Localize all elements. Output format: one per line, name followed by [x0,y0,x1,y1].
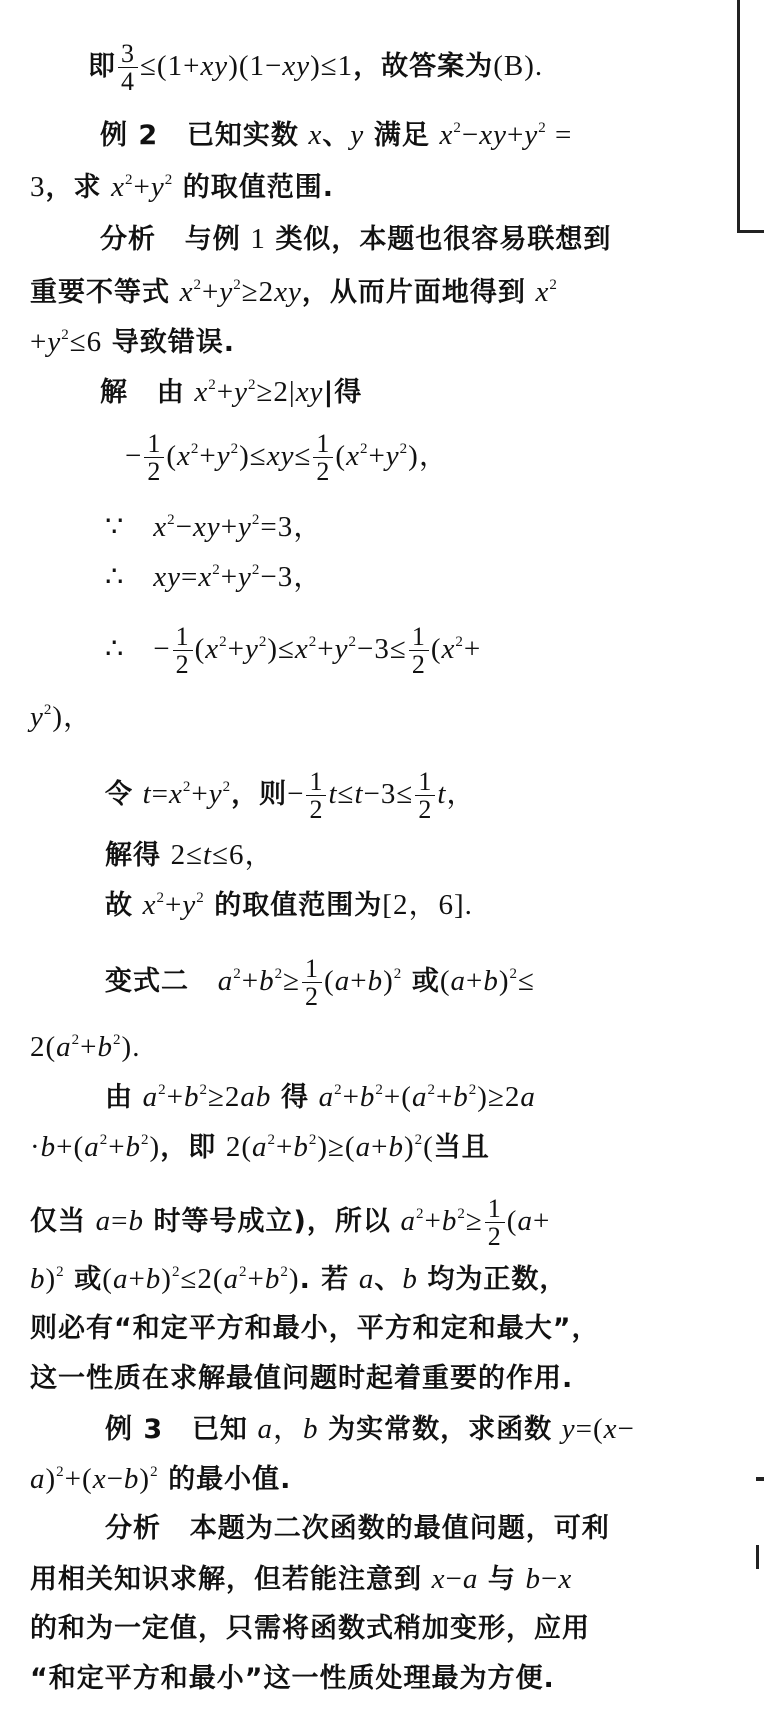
math-line-14: 解得 2≤t≤6， [105,838,275,873]
because-symbol: ∵ [105,511,124,543]
text: 本题为二次函数的最值问题，可利 [190,1513,610,1544]
text: 或 [74,1264,102,1295]
math-line-12: y2)， [30,700,93,735]
variant-2-heading: 变式二 a2+b2≥12(a+b)2 或(a+b)2≤ [105,955,535,1010]
text: 为实常数，求函数 [328,1414,552,1445]
numerator: 1 [306,768,326,796]
numerator: 1 [313,430,333,458]
math: xy=x2+y2−3， [153,561,323,593]
math: = [547,119,573,151]
margin-mark [756,1545,759,1569]
fraction-half: 12 [415,768,435,823]
math: x [309,119,323,151]
math-line-13: 令 t=x2+y2，则−12t≤t−3≤12t， [105,768,476,823]
analysis-label: 分析 [100,224,156,255]
math: x2+y2 [194,376,256,408]
math: a2+b2≥ [400,1205,482,1237]
math: b)2 [30,1263,65,1295]
denominator: 4 [121,68,135,95]
conclusion-line: 故 x2+y2 的取值范围为[2，6]. [105,888,473,923]
example-2-heading: 例 2 已知实数 x、y 满足 x2−xy+y2 = [100,118,572,153]
math: x2+y2 [111,171,173,203]
denominator: 2 [176,651,190,678]
math: )≤1 [310,50,353,82]
math: (a+b)2≤2(a2+b2) [102,1263,299,1295]
math-line-8: −12(x2+y2)≤xy≤12(x2+y2)， [125,430,449,485]
text-line-25: a)2+(x−b)2 的最小值. [30,1462,291,1497]
math: (a+b)2 [324,965,402,997]
math: b [303,1413,319,1445]
math: )(1− [228,50,282,82]
math: x2−xy+y2 [439,119,546,151]
text: 解得 [105,840,161,871]
math: x2−xy+y2=3， [153,511,323,543]
text: 导致错误. [112,327,235,358]
text: 、 [374,1264,402,1295]
text: 时等号成立)，所以 [154,1206,391,1237]
frame-horizontal-border [737,230,764,233]
math: t=x2+y2 [143,778,232,810]
frame-vertical-border [737,0,740,232]
text: ，故答案为 [353,51,493,82]
math: t≤t−3≤ [328,778,413,810]
math: xy [274,276,302,308]
text-line-22: 则必有“和定平方和最小，平方和定和最大”， [30,1312,600,1346]
text: 重要不等式 [30,277,170,308]
text: 已知实数 [187,120,299,151]
math: a [258,1413,274,1445]
math: a2+b2+(a2+b2)≥2a [319,1081,536,1113]
text: 用相关知识求解，但若能注意到 [30,1564,422,1595]
math: b [402,1263,418,1295]
margin-mark [756,1477,764,1481]
math: (a+b)2≤ [440,965,535,997]
text: 仅当 [30,1206,86,1237]
math: (a+ [507,1205,551,1237]
math: ·b+(a2+b2) [30,1131,160,1163]
math: − [153,633,170,665]
text-line-23: 这一性质在求解最值问题时起着重要的作用. [30,1362,573,1396]
math: 2(a2+b2). [30,1031,140,1063]
math: a)2+(x−b)2 [30,1463,159,1495]
text-line-19: ·b+(a2+b2)，即 2(a2+b2)≥(a+b)2(当且 [30,1130,490,1165]
math: +y2 [30,326,70,358]
text: 已知 [192,1414,248,1445]
text-line-28: 的和为一定值，只需将函数式稍加变形，应用 [30,1612,590,1646]
denominator: 2 [305,983,319,1010]
example-3-heading: 例 3 已知 a，b 为实常数，求函数 y=(x− [105,1412,635,1447]
denominator: 2 [316,458,330,485]
fraction-half: 12 [173,623,193,678]
math: b−x [526,1563,573,1595]
denominator: 2 [309,796,323,823]
text: . 若 [300,1264,350,1295]
text: 类似，本题也很容易联想到 [275,224,611,255]
text: 由 [157,377,185,408]
numerator: 1 [302,955,322,983]
text-line-21: b)2 或(a+b)2≤2(a2+b2). 若 a、b 均为正数， [30,1262,567,1297]
denominator: 2 [147,458,161,485]
math: 3 [30,171,46,203]
math: − [287,778,304,810]
therefore-symbol: ∴ [105,633,124,665]
math: 2≤t≤6， [171,839,275,871]
text: 故 [105,890,133,921]
math: x2 [535,276,557,308]
solution-label: 解 [100,377,128,408]
text: |得 [323,377,362,408]
analysis-label: 分析 [105,1513,161,1544]
math: a [359,1263,375,1295]
text: 得 [281,1082,309,1113]
text: ，从而片面地得到 [302,277,526,308]
fraction-half: 12 [313,430,333,485]
text-line-18: 由 a2+b2≥2ab 得 a2+b2+(a2+b2)≥2a [105,1080,536,1115]
text: 的最小值. [168,1464,291,1495]
fraction-half: 12 [144,430,164,485]
text: 由 [105,1082,133,1113]
math: (x2+y2)≤x2+y2−3≤ [195,633,407,665]
math-line-9: ∵ x2−xy+y2=3， [105,510,323,545]
numerator: 1 [409,623,429,651]
math: = [111,1205,128,1237]
math: xy [282,50,310,82]
math: b [128,1205,144,1237]
text-line-20: 仅当 a=b 时等号成立)，所以 a2+b2≥12(a+ [30,1195,550,1250]
math: ≥2 [242,276,274,308]
variant-label: 变式二 [105,966,189,997]
text: 、 [322,120,350,151]
solution-heading: 解 由 x2+y2≥2|xy|得 [100,375,362,410]
text: 或 [412,966,440,997]
numerator: 3 [118,40,138,68]
math: [2，6]. [382,889,473,921]
math: xy [200,50,228,82]
text-line-5: 重要不等式 x2+y2≥2xy，从而片面地得到 x2 [30,275,558,310]
example-label: 例 3 [105,1414,163,1445]
text: ，则 [231,779,287,810]
math: t， [437,778,476,810]
fraction-half: 12 [306,768,326,823]
math: − [125,440,142,472]
analysis-heading: 分析 与例 1 类似，本题也很容易联想到 [100,222,611,257]
denominator: 2 [412,651,426,678]
example-label: 例 2 [100,120,158,151]
text-line-29: “和定平方和最小”这一性质处理最为方便. [30,1662,555,1696]
therefore-symbol: ∴ [105,561,124,593]
math: x2+y2 [143,889,205,921]
math: xy [296,376,324,408]
numerator: 1 [173,623,193,651]
text: 当且 [434,1132,490,1163]
fraction-half: 12 [485,1195,505,1250]
math: x−a [432,1563,479,1595]
text-line-27: 用相关知识求解，但若能注意到 x−a 与 b−x [30,1562,572,1597]
numerator: 1 [415,768,435,796]
math-line-17: 2(a2+b2). [30,1030,140,1065]
fraction-half: 12 [302,955,322,1010]
text: 均为正数， [427,1264,567,1295]
math: ≥2| [256,376,295,408]
math: (x2+y2)≤xy≤ [166,440,311,472]
text-line-6: +y2≤6 导致错误. [30,325,235,360]
analysis-heading-2: 分析 本题为二次函数的最值问题，可利 [105,1512,610,1546]
text: 即 [88,51,116,82]
numerator: 1 [485,1195,505,1223]
math: (x2+y2)， [335,440,448,472]
math: y [350,119,364,151]
numerator: 1 [144,430,164,458]
fraction-3-4: 34 [118,40,138,95]
math-line-11: ∴ −12(x2+y2)≤x2+y2−3≤12(x2+ [105,623,481,678]
text: 与 [488,1564,516,1595]
denominator: 2 [418,796,432,823]
math: y2)， [30,701,93,733]
math-line-10: ∴ xy=x2+y2−3， [105,560,323,595]
math: a [96,1205,112,1237]
text: 令 [105,779,133,810]
math: ， [273,1413,303,1445]
math: 1 [250,223,266,255]
text: 的取值范围. [183,172,334,203]
math: (B). [493,50,543,82]
text: ，求 [46,172,102,203]
math: ≤6 [70,326,102,358]
text: 与例 [185,224,241,255]
text: 满足 [374,120,430,151]
math: a2+b2≥ [218,965,300,997]
math: ≤(1+ [140,50,200,82]
math: y=(x− [562,1413,635,1445]
text-line-1: 即34≤(1+xy)(1−xy)≤1，故答案为(B). [88,40,543,95]
text-line-3: 3，求 x2+y2 的取值范围. [30,170,334,205]
text: 的取值范围为 [214,890,382,921]
fraction-half: 12 [409,623,429,678]
denominator: 2 [488,1223,502,1250]
text: ，即 [160,1132,216,1163]
math: x2+y2 [180,276,242,308]
math: 2(a2+b2)≥(a+b)2( [226,1131,434,1163]
math: (x2+ [431,633,481,665]
math: a2+b2≥2ab [143,1081,272,1113]
